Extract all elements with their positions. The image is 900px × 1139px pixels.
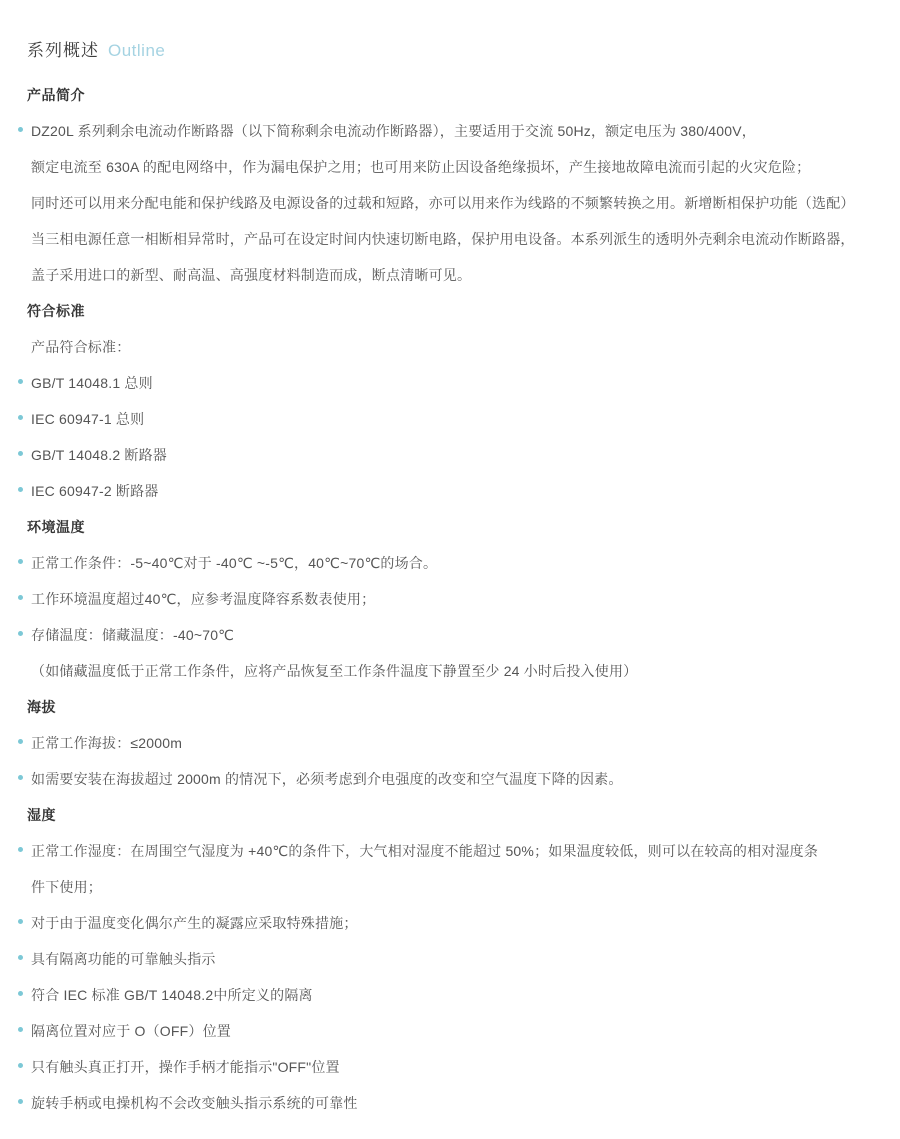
bullet-icon [18,451,23,456]
list-item-text: 具有隔离功能的可靠触头指示 [31,951,216,967]
list-item-text: 只有触头真正打开，操作手柄才能指示"OFF"位置 [31,1059,340,1075]
list-item: 旋转手柄或电操机构不会改变触头指示系统的可靠性 [27,1085,872,1121]
paragraph-text: DZ20L 系列剩余电流动作断路器（以下简称剩余电流动作断路器），主要适用于交流… [31,123,756,139]
list-item-text: 符合 IEC 标准 GB/T 14048.2中所定义的隔离 [31,987,313,1003]
paragraph-text: 当三相电源任意一相断相异常时，产品可在设定时间内快速切断电路，保护用电设备。本系… [31,231,855,247]
list-item: IEC 60947-1 总则 [27,401,872,437]
bullet-icon [18,379,23,384]
bullet-icon [18,739,23,744]
list-item: 只有触头真正打开，操作手柄才能指示"OFF"位置 [27,1049,872,1085]
paragraph-text: 同时还可以用来分配电能和保护线路及电源设备的过载和短路，亦可以用来作为线路的不频… [31,195,855,211]
paragraph-line: 额定电流至 630A 的配电网络中，作为漏电保护之用；也可用来防止因设备绝缘损坏… [27,149,872,185]
bullet-icon [18,1099,23,1104]
bullet-icon [18,127,23,132]
page-title-en: Outline [108,41,165,60]
bullet-icon [18,919,23,924]
list-item: 隔离位置对应于 O（OFF）位置 [27,1013,872,1049]
list-item: GB/T 14048.2 断路器 [27,437,872,473]
section-ambient-temperature: 环境温度 正常工作条件：-5~40℃对于 -40℃ ~-5℃，40℃~70℃的场… [27,509,872,689]
list-item-text: 存储温度：储藏温度：-40~70℃ [31,627,234,643]
section-altitude: 海拔 正常工作海拔：≤2000m 如需要安装在海拔超过 2000m 的情况下，必… [27,689,872,797]
lead-line: 产品符合标准： [27,329,872,365]
list-item: 正常工作海拔：≤2000m [27,725,872,761]
list-item-text: 对于由于温度变化偶尔产生的凝露应采取特殊措施； [31,915,358,931]
note-line: （如储藏温度低于正常工作条件，应将产品恢复至工作条件温度下静置至少 24 小时后… [27,653,872,689]
list-item-text: 正常工作海拔：≤2000m [31,735,182,751]
bullet-icon [18,847,23,852]
page-title-zh: 系列概述 [27,41,99,60]
list-item-text: 正常工作条件：-5~40℃对于 -40℃ ~-5℃，40℃~70℃的场合。 [31,555,437,571]
list-item: 符合 IEC 标准 GB/T 14048.2中所定义的隔离 [27,977,872,1013]
list-item: 存储温度：储藏温度：-40~70℃ [27,617,872,653]
section-heading-altitude: 海拔 [27,689,872,725]
bullet-icon [18,415,23,420]
lead-text: 产品符合标准： [31,339,130,355]
bullet-icon [18,1027,23,1032]
section-product-intro: 产品简介 DZ20L 系列剩余电流动作断路器（以下简称剩余电流动作断路器），主要… [27,77,872,293]
section-humidity: 湿度 正常工作湿度：在周围空气湿度为 +40℃的条件下，大气相对湿度不能超过 5… [27,797,872,1121]
section-heading-humidity: 湿度 [27,797,872,833]
note-text: （如储藏温度低于正常工作条件，应将产品恢复至工作条件温度下静置至少 24 小时后… [31,663,637,679]
paragraph-line: 同时还可以用来分配电能和保护线路及电源设备的过载和短路，亦可以用来作为线路的不频… [27,185,872,221]
list-item-text: 隔离位置对应于 O（OFF）位置 [31,1023,231,1039]
section-standards: 符合标准 产品符合标准： GB/T 14048.1 总则 IEC 60947-1… [27,293,872,509]
bullet-icon [18,991,23,996]
bullet-icon [18,595,23,600]
list-item: 工作环境温度超过40℃，应参考温度降容系数表使用； [27,581,872,617]
list-item-text: GB/T 14048.2 断路器 [31,447,167,463]
list-item-continuation: 件下使用； [27,869,872,905]
list-item: 具有隔离功能的可靠触头指示 [27,941,872,977]
bullet-icon [18,487,23,492]
paragraph-line: 盖子采用进口的新型、耐高温、高强度材料制造而成，断点清晰可见。 [27,257,872,293]
section-heading-ambient-temperature: 环境温度 [27,509,872,545]
list-item-text: 件下使用； [31,879,102,895]
paragraph-line: DZ20L 系列剩余电流动作断路器（以下简称剩余电流动作断路器），主要适用于交流… [27,113,872,149]
bullet-icon [18,1063,23,1068]
document-page: 系列概述Outline 产品简介 DZ20L 系列剩余电流动作断路器（以下简称剩… [0,0,900,1121]
paragraph-text: 盖子采用进口的新型、耐高温、高强度材料制造而成，断点清晰可见。 [31,267,471,283]
bullet-icon [18,955,23,960]
page-title: 系列概述Outline [27,36,872,61]
list-item: 正常工作条件：-5~40℃对于 -40℃ ~-5℃，40℃~70℃的场合。 [27,545,872,581]
list-item: 正常工作湿度：在周围空气湿度为 +40℃的条件下，大气相对湿度不能超过 50%；… [27,833,872,869]
paragraph-text: 额定电流至 630A 的配电网络中，作为漏电保护之用；也可用来防止因设备绝缘损坏… [31,159,810,175]
bullet-icon [18,775,23,780]
section-heading-standards: 符合标准 [27,293,872,329]
list-item: 对于由于温度变化偶尔产生的凝露应采取特殊措施； [27,905,872,941]
list-item-text: 工作环境温度超过40℃，应参考温度降容系数表使用； [31,591,375,607]
list-item: GB/T 14048.1 总则 [27,365,872,401]
list-item-text: 旋转手柄或电操机构不会改变触头指示系统的可靠性 [31,1095,358,1111]
list-item-text: IEC 60947-1 总则 [31,411,144,427]
list-item: 如需要安装在海拔超过 2000m 的情况下，必须考虑到介电强度的改变和空气温度下… [27,761,872,797]
list-item-text: 如需要安装在海拔超过 2000m 的情况下，必须考虑到介电强度的改变和空气温度下… [31,771,623,787]
list-item-text: GB/T 14048.1 总则 [31,375,153,391]
section-heading-product-intro: 产品简介 [27,77,872,113]
list-item-text: 正常工作湿度：在周围空气湿度为 +40℃的条件下，大气相对湿度不能超过 50%；… [31,843,818,859]
list-item-text: IEC 60947-2 断路器 [31,483,159,499]
bullet-icon [18,631,23,636]
paragraph-line: 当三相电源任意一相断相异常时，产品可在设定时间内快速切断电路，保护用电设备。本系… [27,221,872,257]
bullet-icon [18,559,23,564]
list-item: IEC 60947-2 断路器 [27,473,872,509]
